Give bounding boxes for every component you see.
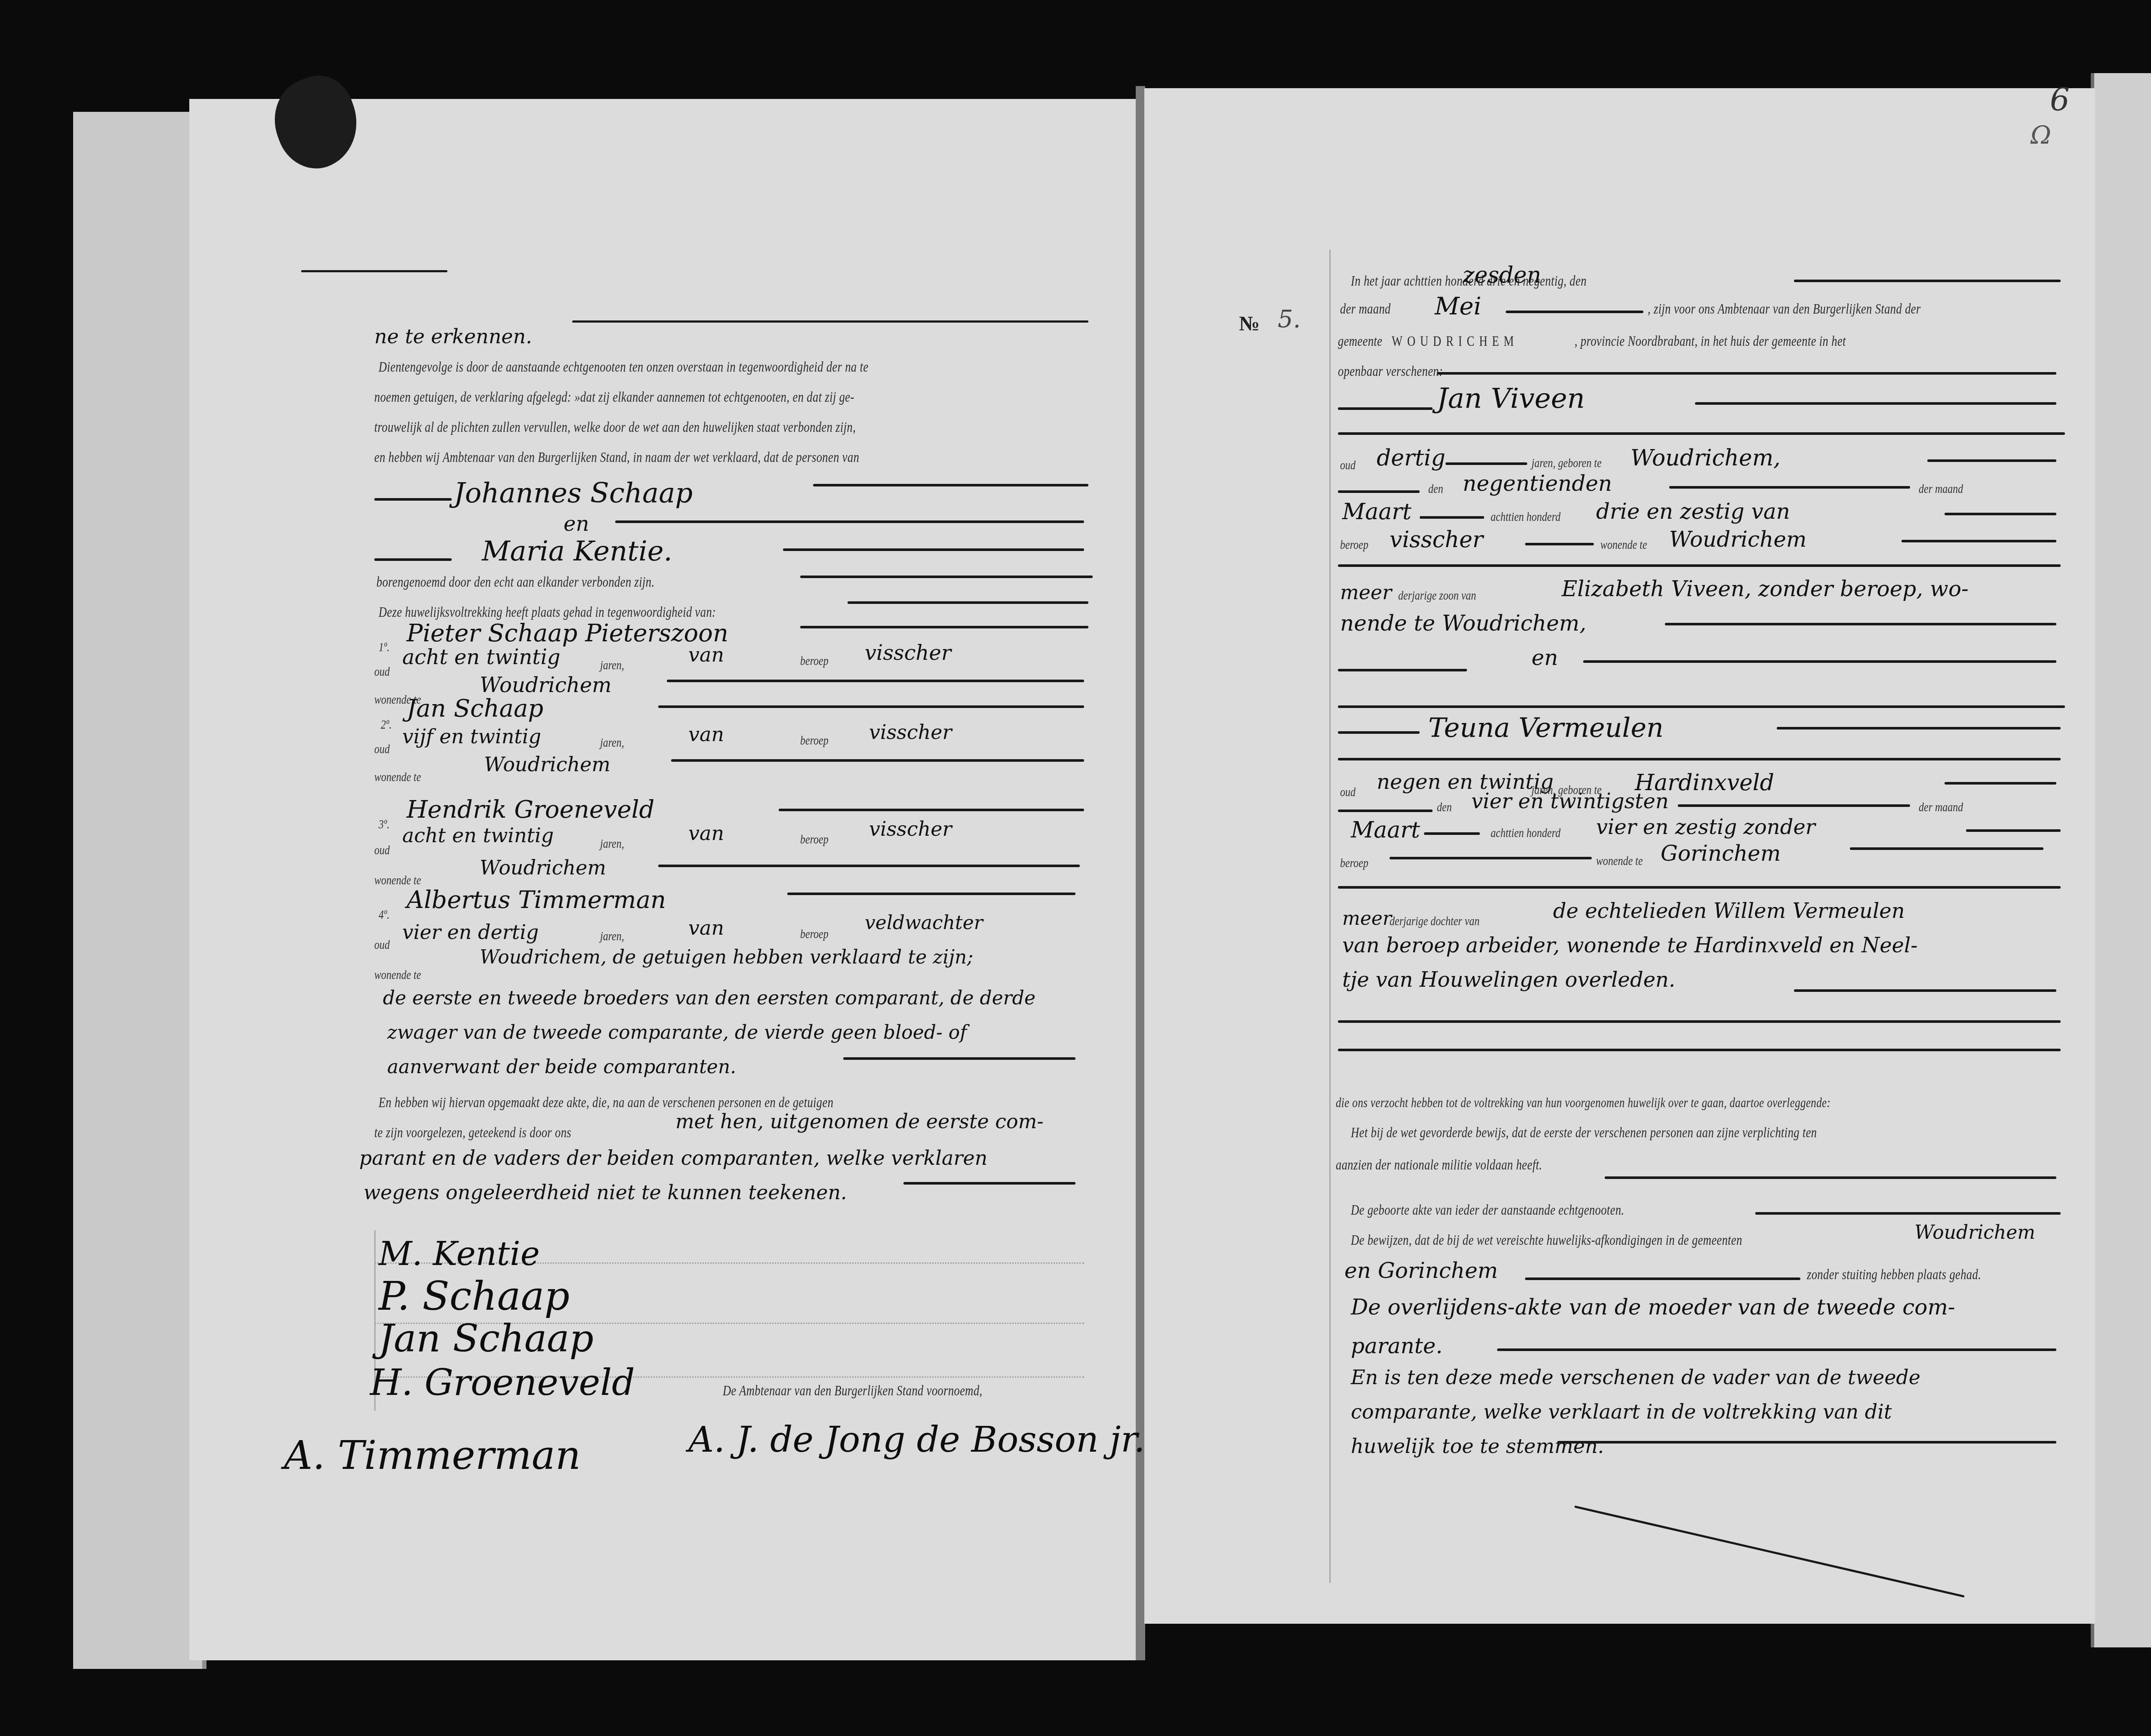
closing-printed-2: te zijn voorgelezen, geteekend is door o… bbox=[374, 1125, 571, 1141]
jaren-label: jaren, bbox=[600, 837, 624, 851]
fill-rule bbox=[1506, 311, 1643, 313]
fill-rule bbox=[847, 601, 1088, 604]
witness-1-residence: Woudrichem bbox=[480, 673, 612, 697]
banns-place-1: Woudrichem bbox=[1914, 1222, 2035, 1244]
witness-2-age: vijf en twintig bbox=[402, 725, 541, 748]
witness-4-occupation: veldwachter bbox=[865, 912, 983, 934]
bride-wonende-label: wonende te bbox=[1596, 854, 1643, 868]
additional-doc-4: comparante, welke verklaart in de voltre… bbox=[1351, 1400, 1892, 1423]
bride-parents-1: de echtelieden Willem Vermeulen bbox=[1553, 899, 1905, 923]
fill-rule bbox=[1338, 886, 2061, 889]
closing-hand-1: met hen, uitgenomen de eerste com- bbox=[675, 1110, 1044, 1133]
witness-1-van: van bbox=[688, 643, 724, 666]
closing-printed-1: En hebben wij hiervan opgemaakt deze akt… bbox=[379, 1095, 833, 1111]
bride-age-status: meer bbox=[1342, 908, 1392, 930]
witness-3-residence: Woudrichem bbox=[480, 856, 606, 879]
declaration-line-4: en hebben wij Ambtenaar van den Burgerli… bbox=[374, 449, 859, 466]
fill-rule bbox=[1525, 543, 1594, 545]
bride-parents-2: van beroep arbeider, wonende te Hardinxv… bbox=[1342, 933, 1918, 957]
militia-text-2: aanzien der nationale militie voldaan he… bbox=[1336, 1157, 1542, 1173]
oud-label: oud bbox=[374, 938, 390, 952]
witnesses-intro: Deze huwelijksvoltrekking heeft plaats g… bbox=[379, 604, 716, 621]
fill-rule bbox=[1338, 810, 1433, 812]
witness-2-name: Jan Schaap bbox=[407, 695, 543, 723]
witness-3-number: 3º. bbox=[379, 817, 389, 832]
fill-rule bbox=[1445, 462, 1527, 465]
fill-rule bbox=[1338, 705, 2065, 708]
fill-rule bbox=[1338, 432, 2065, 435]
intro-line-3b: , provincie Noordbrabant, in het huis de… bbox=[1575, 333, 1846, 350]
oud-label: oud bbox=[374, 665, 390, 679]
fill-rule bbox=[1945, 513, 2056, 515]
militia-text-1: Het bij de wet gevorderde bewijs, dat de… bbox=[1351, 1125, 1817, 1141]
fill-rule bbox=[903, 1182, 1075, 1185]
bride-parents-3: tje van Houwelingen overleden. bbox=[1342, 968, 1675, 992]
fill-rule bbox=[615, 520, 1084, 523]
witness-2-occupation: visscher bbox=[869, 720, 952, 744]
beroep-label: beroep bbox=[800, 927, 829, 942]
marriage-month: Mei bbox=[1435, 292, 1481, 320]
witness-4-age: vier en dertig bbox=[402, 920, 539, 944]
signature-a-timmerman: A. Timmerman bbox=[284, 1432, 581, 1478]
closing-hand-2: parant en de vaders der beiden comparant… bbox=[359, 1146, 987, 1170]
fill-rule bbox=[1557, 1441, 2056, 1444]
officer-signature: A. J. de Jong de Bosson jr. bbox=[688, 1419, 1145, 1460]
groom-son-of-label: derjarige zoon van bbox=[1398, 588, 1476, 603]
fill-rule bbox=[1497, 1348, 2056, 1351]
groom-beroep-label: beroep bbox=[1340, 538, 1368, 552]
fill-rule bbox=[800, 576, 1093, 578]
intro-line-2b: , zijn voor ons Ambtenaar van den Burger… bbox=[1648, 301, 1921, 317]
marriage-day: zesden bbox=[1463, 262, 1541, 288]
jaren-label: jaren, bbox=[600, 736, 624, 750]
bride-oud-label: oud bbox=[1340, 785, 1356, 800]
fill-rule bbox=[1945, 782, 2056, 785]
fill-rule bbox=[800, 626, 1088, 628]
bride-der-maand-label: der maand bbox=[1919, 800, 1963, 815]
bride-birth-year: vier en zestig zonder bbox=[1596, 815, 1815, 839]
witness-2-residence: Woudrichem bbox=[484, 753, 610, 776]
bride-beroep-label: beroep bbox=[1340, 856, 1368, 871]
fill-rule bbox=[374, 498, 452, 501]
intro-line-4: openbaar verschenen: bbox=[1338, 363, 1443, 380]
groom-achttien-label: achttien honderd bbox=[1491, 510, 1560, 524]
municipality-name: WOUDRICHEM bbox=[1392, 333, 1519, 350]
wonende-te-label: wonende te bbox=[374, 873, 421, 888]
bride-birth-day: vier en twintigsten bbox=[1471, 789, 1669, 813]
header-rule bbox=[301, 270, 447, 272]
declaration-line-2: noemen getuigen, de verklaring afgelegd:… bbox=[374, 389, 854, 406]
witness-4-name: Albertus Timmerman bbox=[407, 886, 666, 914]
groom-occupation: visscher bbox=[1390, 527, 1483, 553]
fill-rule bbox=[1901, 540, 2056, 542]
groom-birthplace: Woudrichem, bbox=[1630, 445, 1781, 471]
acte-number-label: № bbox=[1239, 312, 1260, 336]
officer-label: De Ambtenaar van den Burgerlijken Stand … bbox=[723, 1383, 983, 1399]
groom-geboren-label: jaren, geboren te bbox=[1532, 456, 1602, 471]
wonende-te-label: wonende te bbox=[374, 770, 421, 785]
fill-rule bbox=[1794, 989, 2056, 992]
declaration-line-3: trouwelijk al de plichten zullen vervull… bbox=[374, 419, 856, 436]
fill-rule bbox=[1338, 490, 1420, 493]
witness-relations-2: zwager van de tweede comparante, de vier… bbox=[387, 1022, 967, 1043]
witness-1-age: acht en twintig bbox=[402, 645, 561, 669]
fill-rule bbox=[1390, 857, 1592, 859]
fill-rule bbox=[1850, 847, 2043, 850]
bride-name: Teuna Vermeulen bbox=[1428, 712, 1664, 743]
witness-4-van: van bbox=[688, 916, 724, 939]
witness-3-van: van bbox=[688, 822, 724, 845]
groom-birth-month: Maart bbox=[1342, 499, 1411, 525]
witness-1-occupation: visscher bbox=[865, 641, 951, 665]
banns-place-2: en Gorinchem bbox=[1344, 1258, 1498, 1283]
signature-h-groeneveld: H. Groeneveld bbox=[370, 1361, 635, 1404]
beroep-label: beroep bbox=[800, 654, 829, 668]
jaren-label: jaren, bbox=[600, 929, 624, 944]
witness-1-number: 1º. bbox=[379, 640, 389, 655]
groom-birth-year: drie en zestig van bbox=[1596, 499, 1790, 524]
witness-3-occupation: visscher bbox=[869, 817, 952, 840]
additional-doc-2: parante. bbox=[1351, 1333, 1442, 1358]
additional-doc-3: En is ten deze mede verschenen de vader … bbox=[1351, 1366, 1920, 1389]
fill-rule bbox=[1695, 402, 2056, 405]
signature-p-schaap: P. Schaap bbox=[379, 1273, 570, 1319]
groom-den-label: den bbox=[1428, 482, 1443, 496]
fill-rule bbox=[843, 1057, 1075, 1060]
bride-achttien-label: achttien honderd bbox=[1491, 826, 1560, 840]
witness-4-number: 4º. bbox=[379, 908, 389, 922]
fill-rule bbox=[667, 680, 1084, 682]
fill-rule bbox=[1966, 829, 2061, 832]
fill-rule bbox=[1678, 804, 1910, 807]
witness-4-residence: Woudrichem, de getuigen hebben verklaard… bbox=[480, 946, 973, 968]
banns-text: De bewijzen, dat de bij de wet vereischt… bbox=[1351, 1232, 1742, 1249]
additional-doc-5: huwelijk toe te stemmen. bbox=[1351, 1434, 1604, 1458]
bride-daughter-of-label: derjarige dochter van bbox=[1390, 914, 1479, 929]
fill-rule bbox=[1338, 731, 1420, 734]
signature-m-kentie: M. Kentie bbox=[379, 1234, 540, 1273]
intro-line-3a: gemeente bbox=[1338, 333, 1382, 350]
fill-rule bbox=[1665, 623, 2056, 625]
intro-line-2a: der maand bbox=[1340, 301, 1391, 317]
fill-rule bbox=[1338, 564, 2061, 567]
groom-age-status: meer bbox=[1340, 581, 1392, 604]
book-edge-right bbox=[2091, 73, 2151, 1647]
additional-doc-1: De overlijdens-akte van de moeder van de… bbox=[1351, 1295, 1955, 1320]
fill-rule bbox=[1777, 727, 2061, 729]
bride-residence: Gorinchem bbox=[1661, 841, 1781, 866]
fill-rule bbox=[1794, 280, 2061, 282]
fill-rule bbox=[779, 809, 1084, 811]
fill-rule bbox=[374, 558, 452, 561]
acte-number: 5. bbox=[1278, 305, 1300, 333]
fill-rule bbox=[1437, 372, 2056, 375]
fill-rule bbox=[1420, 516, 1484, 519]
beroep-label: beroep bbox=[800, 733, 829, 748]
page-number: 6 bbox=[2050, 82, 2070, 118]
witness-2-number: 2º. bbox=[381, 717, 391, 732]
fill-rule bbox=[658, 865, 1080, 867]
groom-birth-day: negentienden bbox=[1463, 471, 1612, 496]
groom-der-maand-label: der maand bbox=[1919, 482, 1963, 496]
groom-oud-label: oud bbox=[1340, 458, 1356, 473]
groom-name: Johannes Schaap bbox=[454, 477, 693, 509]
continuation-text: ne te erkennen. bbox=[374, 325, 532, 348]
signature-jan-schaap: Jan Schaap bbox=[379, 1316, 594, 1360]
bride-den-label: den bbox=[1437, 800, 1452, 815]
fill-rule bbox=[658, 705, 1084, 708]
fill-rule bbox=[1669, 486, 1910, 489]
fill-rule bbox=[671, 759, 1084, 762]
fill-rule bbox=[572, 320, 1088, 323]
fill-rule bbox=[783, 548, 1084, 551]
witness-relations-3: aanverwant der beide comparanten. bbox=[387, 1056, 736, 1078]
margin-line bbox=[1329, 249, 1331, 1583]
banns-end-text: zonder stuiting hebben plaats gehad. bbox=[1807, 1267, 1981, 1283]
fill-rule bbox=[1605, 1176, 2056, 1179]
witness-relations-1: de eerste en tweede broeders van den eer… bbox=[383, 987, 1035, 1009]
fill-rule bbox=[1927, 459, 2056, 462]
witness-2-van: van bbox=[688, 723, 724, 746]
fill-rule bbox=[1755, 1212, 2061, 1215]
oud-label: oud bbox=[374, 742, 390, 757]
birth-certs-text: De geboorte akte van ieder der aanstaand… bbox=[1351, 1202, 1624, 1219]
fill-rule bbox=[1525, 1277, 1800, 1280]
fill-rule bbox=[1338, 1020, 2061, 1023]
fill-rule bbox=[1338, 407, 1433, 410]
groom-parent: Elizabeth Viveen, zonder beroep, wo- bbox=[1562, 576, 1969, 601]
fill-rule bbox=[1338, 669, 1467, 671]
witness-3-age: acht en twintig bbox=[402, 824, 554, 847]
groom-name: Jan Viveen bbox=[1437, 383, 1585, 415]
bride-birth-month: Maart bbox=[1351, 817, 1420, 843]
beroep-label: beroep bbox=[800, 832, 829, 847]
groom-wonende-label: wonende te bbox=[1600, 538, 1647, 552]
book-edge-left bbox=[73, 112, 206, 1669]
fill-rule bbox=[1583, 660, 2056, 663]
declaration-line-1: Dientengevolge is door de aanstaande ech… bbox=[379, 359, 869, 376]
groom-parent-residence: nende te Woudrichem, bbox=[1340, 611, 1586, 636]
closing-hand-3: wegens ongeleerdheid niet te kunnen teek… bbox=[364, 1181, 847, 1204]
conjunction-en: en bbox=[564, 512, 589, 536]
groom-age: dertig bbox=[1377, 445, 1445, 471]
fill-rule bbox=[1338, 1049, 2061, 1051]
conjunction-en: en bbox=[1532, 645, 1558, 670]
witness-1-name: Pieter Schaap Pieterszoon bbox=[407, 619, 728, 647]
wonende-te-label: wonende te bbox=[374, 968, 421, 982]
fill-rule bbox=[787, 893, 1075, 895]
fill-rule bbox=[813, 484, 1088, 486]
request-text: die ons verzocht hebben tot de voltrekki… bbox=[1336, 1095, 1831, 1111]
jaren-label: jaren, bbox=[600, 658, 624, 673]
groom-residence: Woudrichem bbox=[1669, 527, 1806, 552]
fill-rule bbox=[1338, 758, 2061, 760]
united-text: borengenoemd door den echt aan elkander … bbox=[376, 574, 654, 591]
fill-rule bbox=[1424, 832, 1480, 835]
bride-name: Maria Kentie. bbox=[482, 536, 672, 567]
oud-label: oud bbox=[374, 843, 390, 858]
witness-3-name: Hendrik Groeneveld bbox=[407, 796, 654, 824]
page-annotation: Ω bbox=[2031, 120, 2051, 150]
